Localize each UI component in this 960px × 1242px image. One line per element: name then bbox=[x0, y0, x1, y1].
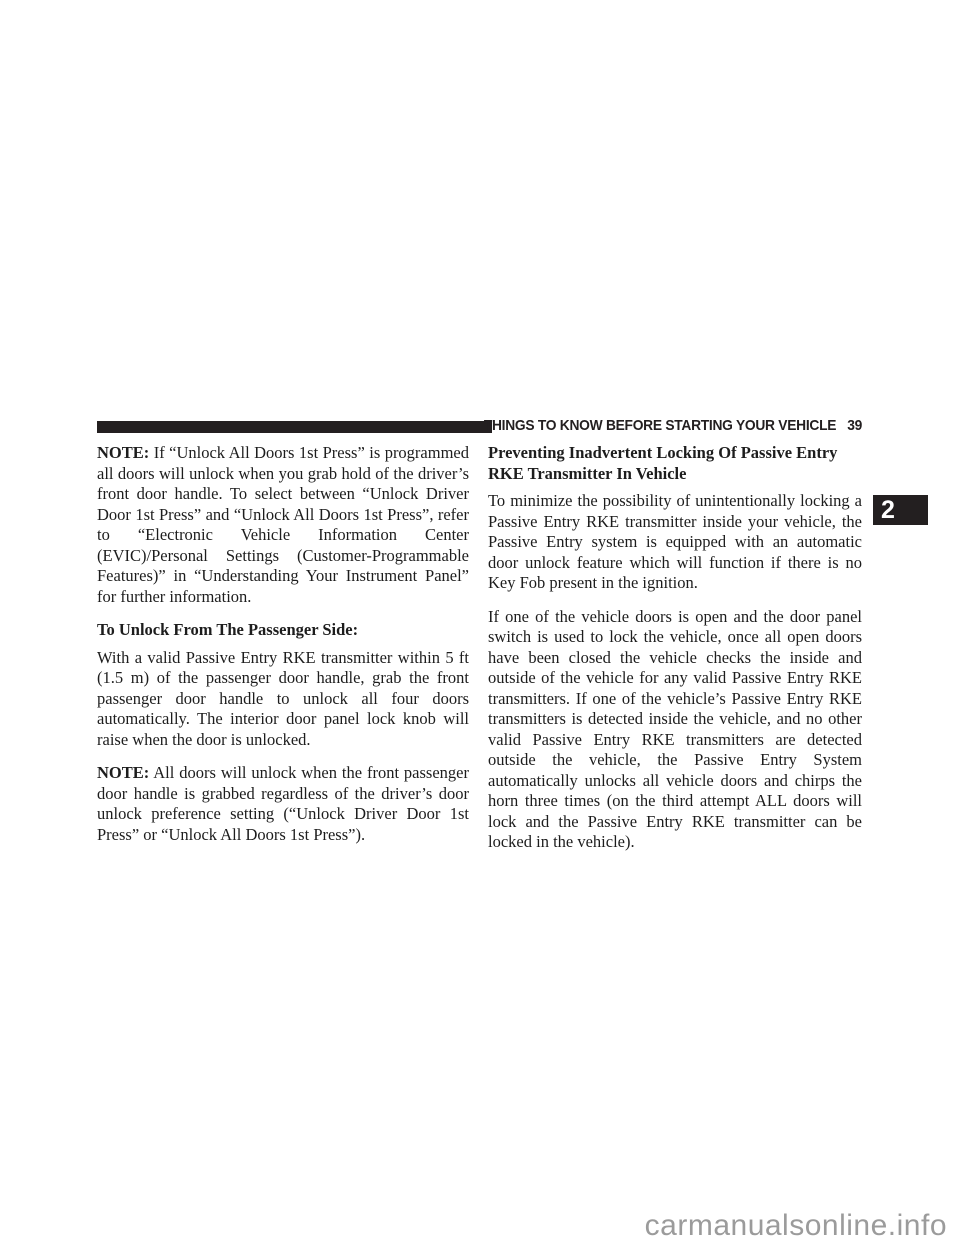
section-heading-preventing-locking: Preventing Inadvertent Locking Of Passiv… bbox=[488, 443, 862, 484]
page-number: 39 bbox=[847, 417, 862, 434]
left-column: NOTE: If “Unlock All Doors 1st Press” is… bbox=[97, 443, 469, 858]
running-header: THINGS TO KNOW BEFORE STARTING YOUR VEHI… bbox=[437, 417, 862, 434]
right-column: Preventing Inadvertent Locking Of Passiv… bbox=[488, 443, 862, 866]
header-rule bbox=[97, 421, 492, 433]
note-paragraph-2: NOTE: All doors will unlock when the fro… bbox=[97, 763, 469, 845]
body-paragraph: To minimize the possibility of unintenti… bbox=[488, 491, 862, 594]
chapter-tab-number: 2 bbox=[881, 496, 895, 524]
body-paragraph: If one of the vehicle doors is open and … bbox=[488, 607, 862, 853]
note-label: NOTE: bbox=[97, 443, 149, 462]
watermark: carmanualsonline.info bbox=[645, 1209, 947, 1242]
note-paragraph-1: NOTE: If “Unlock All Doors 1st Press” is… bbox=[97, 443, 469, 607]
section-heading-passenger-side: To Unlock From The Passenger Side: bbox=[97, 620, 469, 641]
note-text: If “Unlock All Doors 1st Press” is progr… bbox=[97, 443, 469, 606]
note-label: NOTE: bbox=[97, 763, 149, 782]
body-paragraph: With a valid Passive Entry RKE transmitt… bbox=[97, 648, 469, 751]
chapter-tab: 2 bbox=[873, 495, 928, 525]
note-text: All doors will unlock when the front pas… bbox=[97, 763, 469, 844]
running-header-title: THINGS TO KNOW BEFORE STARTING YOUR VEHI… bbox=[484, 417, 836, 434]
manual-page: THINGS TO KNOW BEFORE STARTING YOUR VEHI… bbox=[0, 0, 960, 1242]
